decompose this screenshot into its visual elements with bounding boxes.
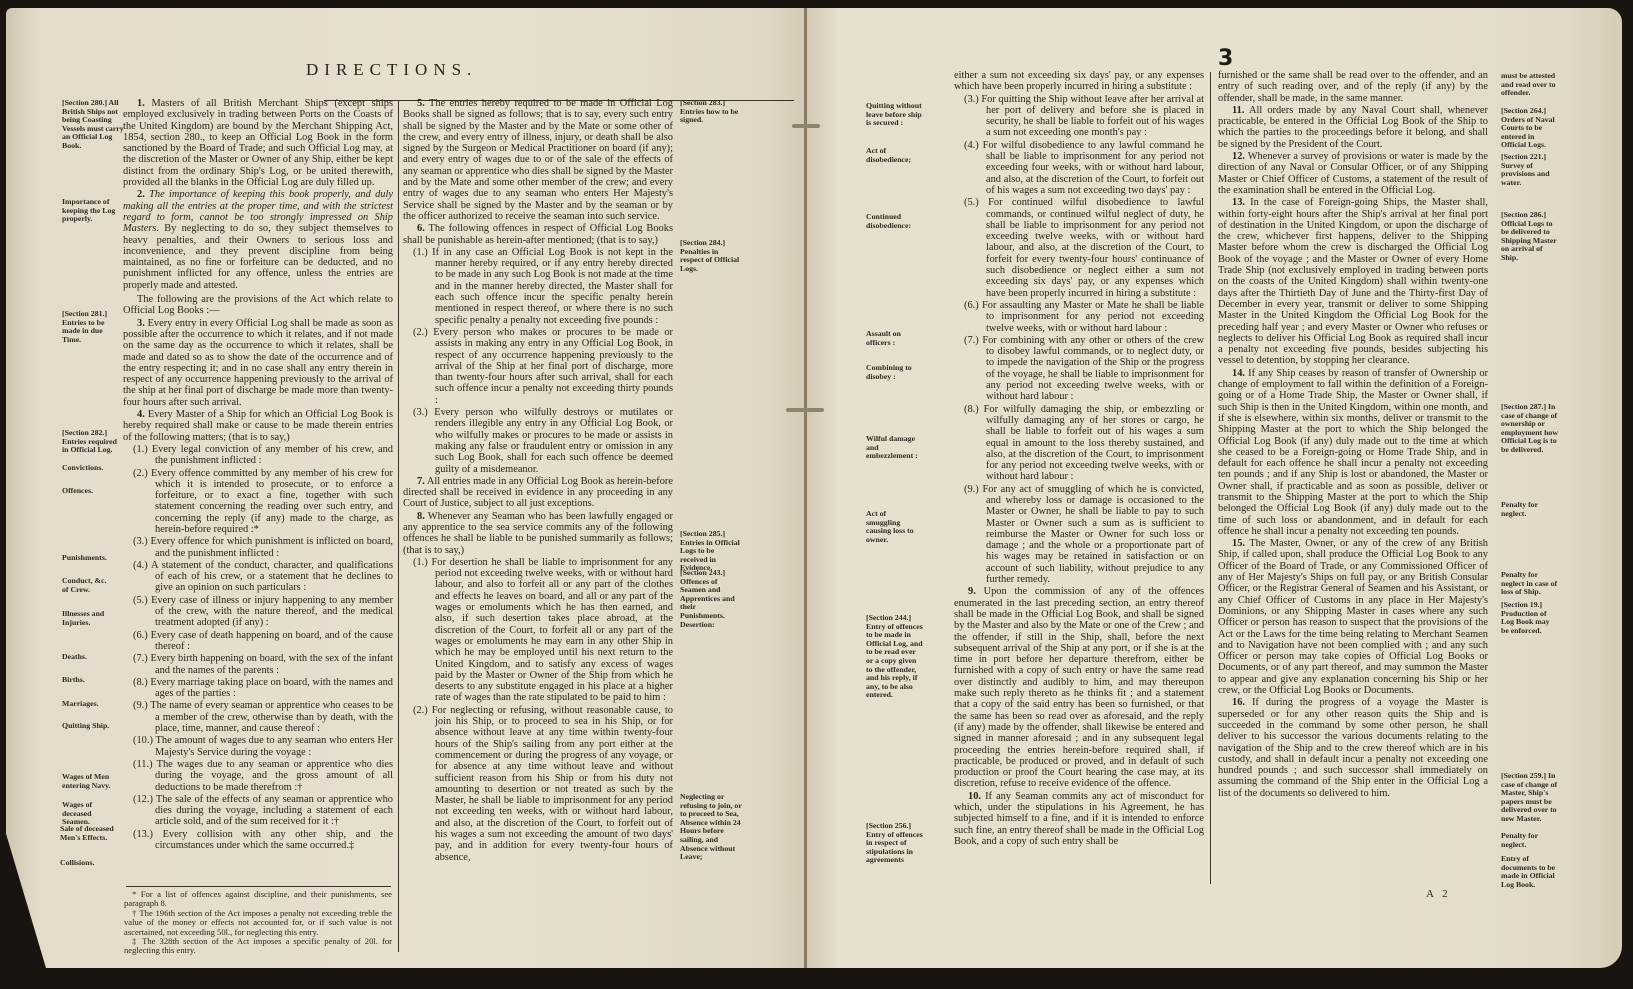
item: (1.) If in any case an Official Log Book… [403, 247, 673, 326]
margin-note: Entry of documents to be made in Officia… [1501, 855, 1559, 889]
footnote: † The 196th section of the Act imposes a… [124, 909, 392, 937]
margin-note: [Section 286.] Official Logs to be deliv… [1501, 211, 1559, 263]
item: (1.) For desertion he shall be liable to… [403, 557, 673, 704]
right-column-1: either a sum not exceeding six days' pay… [954, 70, 1204, 848]
margin-note: [Section 256.] Entry of offences in resp… [866, 822, 924, 865]
margin-note: Conduct, &c. of Crew. [62, 577, 112, 594]
margin-note: Quitting Ship. [62, 722, 126, 731]
margin-note: Act of disobedience; [866, 147, 922, 164]
item: (2.) Every offence committed by any memb… [123, 468, 393, 536]
margin-note: Neglecting or refusing to join, or to pr… [680, 793, 744, 862]
margin-note: [Section 283.] Entries how to be signed. [680, 99, 742, 125]
footnote-rule [126, 886, 391, 887]
margin-note: Sale of deceased Men's Effects. [60, 825, 120, 842]
item: (8.) Every marriage taking place on boar… [123, 677, 393, 700]
item: (9.) For any act of smuggling of which h… [954, 484, 1204, 586]
binding-thread [786, 408, 824, 412]
paragraph-15: 15. The Master, Owner, or any of the cre… [1218, 538, 1488, 696]
paragraph-5: 5. The entries hereby required to be mad… [403, 98, 673, 222]
paragraph-10: 10. If any Seaman commits any act of mis… [954, 791, 1204, 847]
item: (10.) The amount of wages due to any sea… [123, 735, 393, 758]
page-title: DIRECTIONS. [306, 60, 477, 80]
paragraph-16: 16. If during the progress of a voyage t… [1218, 697, 1488, 799]
footnote: ‡ The 328th section of the Act imposes a… [124, 937, 392, 956]
book-spread: DIRECTIONS. [Section 280.] All British S… [0, 8, 1622, 968]
right-column-2: furnished or the same shall be read over… [1218, 70, 1488, 800]
margin-note: Wilful damage and embezzlement : [866, 435, 922, 461]
left-column-1: 1. Masters of all British Merchant Ships… [123, 98, 393, 852]
book-gutter [804, 8, 807, 968]
paragraph-12: 12. Whenever a survey of provisions or w… [1218, 151, 1488, 196]
paragraph-3: 3. Every entry in every Official Log sha… [123, 318, 393, 408]
margin-note: Penalty for neglect in case of loss of S… [1501, 571, 1559, 597]
margin-note: must be attested and read over to offend… [1501, 72, 1561, 98]
signature-mark: A 2 [1426, 888, 1451, 900]
item: (3.) Every person who wilfully destroys … [403, 407, 673, 475]
margin-note: [Section 282.] Entries required in Offic… [62, 429, 122, 455]
margin-note: Deaths. [62, 653, 126, 662]
item: (6.) For assaulting any Master or Mate h… [954, 300, 1204, 334]
margin-note: Penalty for neglect. [1501, 501, 1559, 518]
margin-note: [Section 244.] Entry of offences to be m… [866, 614, 924, 700]
margin-note: Illnesses and Injuries. [62, 610, 122, 627]
margin-note: Importance of keeping the Log properly. [62, 198, 126, 224]
item: (5.) For continued wilful disobedience t… [954, 197, 1204, 299]
paragraph-continued: furnished or the same shall be read over… [1218, 70, 1488, 104]
margin-note: [Section 280.] All British Ships not bei… [62, 99, 126, 151]
paragraph-14: 14. If any Ship ceases by reason of tran… [1218, 368, 1488, 537]
item: (7.) Every birth happening on board, wit… [123, 653, 393, 676]
margin-note: Wages of deceased Seamen. [62, 801, 120, 827]
paragraph-7: 7. All entries made in any Official Log … [403, 476, 673, 510]
item: (8.) For wilfully damaging the ship, or … [954, 404, 1204, 483]
item: (4.) For wilful disobedience to any lawf… [954, 140, 1204, 196]
left-page: DIRECTIONS. [Section 280.] All British S… [6, 8, 806, 968]
item: (2.) For neglecting or refusing, without… [403, 705, 673, 863]
binding-thread [792, 124, 820, 128]
margin-note: Marriages. [62, 700, 126, 709]
margin-note: [Section 284.] Penalties in respect of O… [680, 239, 742, 273]
paragraph-11: 11. All orders made by any Naval Court s… [1218, 105, 1488, 150]
margin-note: [Section 285.] Entries in Official Logs … [680, 530, 742, 573]
margin-note: Assault on officers : [866, 330, 922, 347]
margin-note: [Section 19.] Production of Log Book may… [1501, 601, 1559, 635]
right-page: Quitting without leave before ship is se… [806, 8, 1622, 968]
margin-note: Convictions. [62, 464, 126, 473]
left-column-2: 5. The entries hereby required to be mad… [403, 98, 673, 864]
margin-note: [Section 259.] In case of change of Mast… [1501, 772, 1559, 824]
paragraph-2: 2. The importance of keeping this book p… [123, 189, 393, 291]
item: (9.) The name of every seaman or apprent… [123, 700, 393, 734]
margin-note: Offences. [62, 487, 126, 496]
column-rule [398, 100, 399, 952]
margin-note: Penalty for neglect. [1501, 832, 1559, 849]
margin-note: Continued disobedience: [866, 213, 922, 230]
margin-note: [Section 221.] Survey of provisions and … [1501, 153, 1559, 187]
paragraph-1: 1. Masters of all British Merchant Ships… [123, 98, 393, 188]
page-number: 3 [1218, 46, 1233, 71]
item: (13.) Every collision with any other shi… [123, 829, 393, 852]
margin-note: Wages of Men entering Navy. [62, 773, 120, 790]
item: (11.) The wages due to any seaman or app… [123, 759, 393, 793]
margin-note: Births. [62, 676, 126, 685]
paragraph-4: 4. Every Master of a Ship for which an O… [123, 409, 393, 443]
paragraph-continued: either a sum not exceeding six days' pay… [954, 70, 1204, 93]
margin-note: Combining to disobey : [866, 364, 922, 381]
margin-note: Act of smuggling causing loss to owner. [866, 510, 922, 544]
margin-note: Collisions. [60, 859, 120, 868]
paragraph-9: 9. Upon the commission of any of the off… [954, 586, 1204, 789]
item: (6.) Every case of death happening on bo… [123, 630, 393, 653]
margin-note: Punishments. [62, 554, 126, 563]
margin-note: Quitting without leave before ship is se… [866, 102, 922, 128]
paragraph-13: 13. In the case of Foreign-going Ships, … [1218, 197, 1488, 366]
item: (5.) Every case of illness or injury hap… [123, 595, 393, 629]
item: (3.) For quitting the Ship without leave… [954, 94, 1204, 139]
margin-note: [Section 287.] In case of change of owne… [1501, 403, 1559, 455]
footnote: * For a list of offences against discipl… [124, 890, 392, 909]
item: (1.) Every legal conviction of any membe… [123, 444, 393, 467]
margin-note: [Section 281.] Entries to be made in due… [62, 310, 122, 344]
margin-note: [Section 264.] Orders of Naval Courts to… [1501, 107, 1561, 150]
item: (3.) Every offence for which punishment … [123, 536, 393, 559]
margin-note: [Section 243.] Offences of Seamen and Ap… [680, 569, 742, 629]
item: (7.) For combining with any other or oth… [954, 335, 1204, 403]
column-rule [1210, 72, 1211, 884]
paragraph-provisions: The following are the provisions of the … [123, 294, 393, 317]
item: (2.) Every person who makes or procures … [403, 327, 673, 406]
paragraph-6: 6. The following offences in respect of … [403, 223, 673, 246]
paragraph-8: 8. Whenever any Seaman who has been lawf… [403, 511, 673, 556]
item: (4.) A statement of the conduct, charact… [123, 560, 393, 594]
footnotes: * For a list of offences against discipl… [124, 890, 392, 956]
item: (12.) The sale of the effects of any sea… [123, 794, 393, 828]
